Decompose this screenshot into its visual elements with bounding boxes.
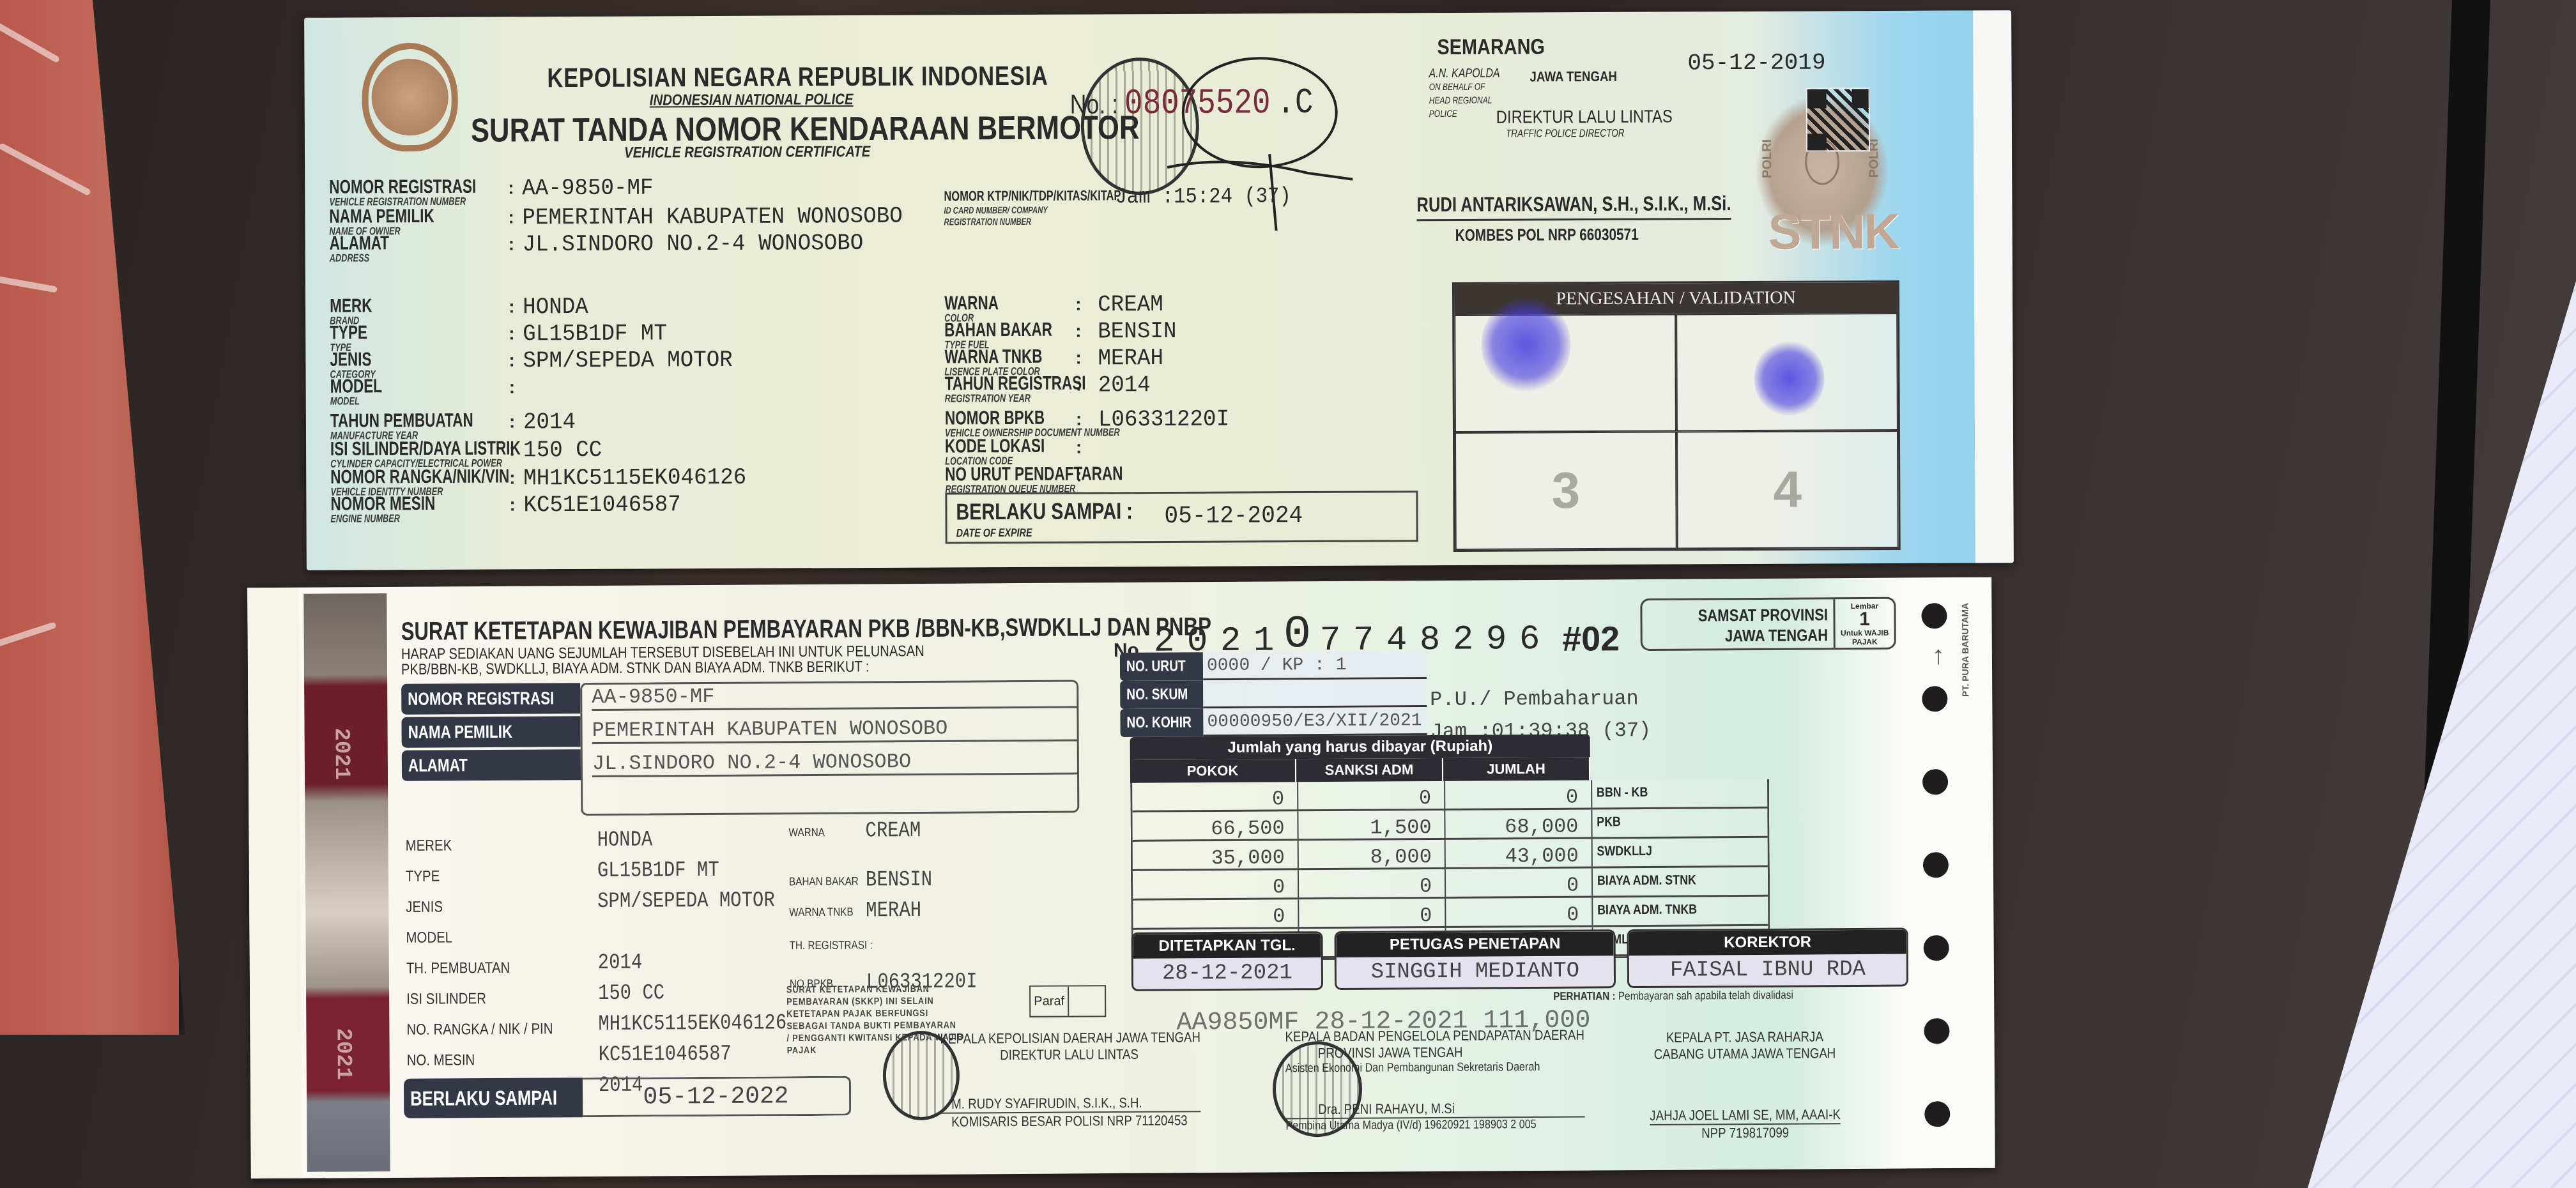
reference-numbers: NO. URUT0000 / KP : 1NO. SKUMNO. KOHIR00…: [1120, 651, 1427, 737]
vehicle-value: GL15B1DF MT: [597, 858, 719, 883]
agency-name-en: INDONESIAN NATIONAL POLICE: [650, 91, 854, 109]
badge-label: POLRI: [1760, 139, 1775, 178]
payment-table: Jumlah yang harus dibayar (Rupiah) POKOK…: [1130, 733, 1764, 961]
issue-date: 05-12-2019: [1687, 49, 1825, 76]
validation-cell-4: 4: [1676, 430, 1899, 549]
vehicle-value: 2014: [598, 951, 643, 975]
tear-off-margin: [247, 588, 302, 1178]
hologram-strip: 2021 2021: [303, 593, 390, 1172]
vehicle-label: WARNA TNKB: [789, 906, 853, 920]
owner-box: NOMOR REGISTRASIAA-9850-MFNAMA PEMILIKPE…: [401, 680, 1079, 816]
officials-row: DITETAPKAN TGL.28-12-2021 PETUGAS PENETA…: [1131, 927, 1909, 991]
payment-column-header: SANKSI ADM: [1296, 758, 1443, 782]
vehicle-label: TH. REGISTRASI :: [790, 938, 873, 952]
on-behalf: A.N. KAPOLDA ON BEHALF OF HEAD REGIONAL …: [1429, 67, 1500, 121]
vehicle-label: TYPE: [406, 868, 440, 886]
skpd-tax-receipt: 2021 2021 SURAT KETETAPAN KEWAJIBAN PEMB…: [247, 577, 1995, 1179]
stnk-field-value: GL15B1DF MT: [523, 320, 667, 347]
agency-name: KEPOLISIAN NEGARA REPUBLIK INDONESIA: [547, 61, 1048, 93]
stnk-field-value: 2014: [1098, 372, 1151, 398]
stnk-field-value: SPM/SEPEDA MOTOR: [523, 347, 733, 374]
vehicle-value: MERAH: [866, 899, 921, 924]
vehicle-value: HONDA: [597, 828, 653, 853]
skpd-expiry-value: 05-12-2022: [583, 1076, 851, 1118]
vehicle-label: WARNA: [788, 826, 825, 839]
payment-row: 0 0 0 BBN - KB: [1132, 779, 1767, 812]
stnk-field-label: ALAMATADDRESS: [330, 234, 410, 264]
official-name: RUDI ANTARIKSAWAN, S.H., S.I.K., M.Si.: [1416, 192, 1731, 221]
stnk-certificate: KEPOLISIAN NEGARA REPUBLIK INDONESIA IND…: [304, 10, 2014, 570]
skpd-expiry: BERLAKU SAMPAI 05-12-2022: [404, 1076, 851, 1118]
payment-row: 35,000 8,000 43,000 SWDKLLJ: [1133, 838, 1768, 871]
stnk-fields-right: WARNACOLOR : CREAMBAHAN BAKARTYPE FUEL :…: [304, 10, 2011, 18]
stnk-field-value: 150 CC: [523, 437, 602, 464]
validation-cell-3: 3: [1455, 431, 1677, 550]
vehicle-value: 150 CC: [598, 981, 664, 1006]
serial-prefix: No. :: [1070, 89, 1119, 119]
region-name: JAWA TENGAH: [1529, 68, 1617, 86]
validation-cell-2: [1676, 313, 1898, 432]
stnk-mark: STNK: [1768, 202, 1899, 261]
police-emblem-icon: [362, 43, 458, 152]
arrow-up-icon: ↑: [1932, 641, 1945, 670]
owner-row: NOMOR REGISTRASIAA-9850-MF: [401, 680, 1077, 714]
vehicle-label: BAHAN BAKAR: [789, 875, 859, 889]
stnk-field-value: HONDA: [523, 294, 588, 320]
qr-code-icon: [1806, 88, 1870, 151]
reference-row: NO. SKUM: [1120, 679, 1427, 709]
notice: PERHATIAN : Pembayaran sah apabila telah…: [1553, 989, 1793, 1003]
payment-row: 66,500 1,500 68,000 PKB: [1132, 809, 1767, 842]
stnk-field-value: KC51E1046587: [523, 491, 680, 518]
official-rank: KOMBES POL NRP 66030571: [1455, 225, 1639, 245]
stnk-field-value: MH1KC5115EK046126: [523, 464, 746, 492]
expiry-box: BERLAKU SAMPAI : DATE OF EXPIRE 05-12-20…: [945, 491, 1418, 544]
stnk-field-label: NO URUT PENDAFTARANREGISTRATION QUEUE NU…: [945, 465, 1182, 496]
vehicle-label: MODEL: [406, 929, 452, 947]
vehicle-value: MH1KC5115EK046126: [598, 1011, 786, 1037]
assessed-date: 28-12-2021: [1133, 957, 1321, 989]
payment-header: Jumlah yang harus dibayar (Rupiah): [1130, 735, 1590, 760]
instructions: HARAP SEDIAKAN UANG SEJUMLAH TERSEBUT DI…: [401, 644, 924, 678]
document-title-en: VEHICLE REGISTRATION CERTIFICATE: [624, 143, 870, 162]
expiry-label: BERLAKU SAMPAI :: [956, 498, 1132, 525]
stnk-field-value: 2014: [523, 409, 576, 435]
payment-column-header: JUMLAH: [1443, 758, 1590, 781]
stnk-field-value: AA-9850-MF: [522, 174, 653, 201]
vehicle-label: ISI SILINDER: [406, 990, 486, 1009]
owner-row: ALAMATJL.SINDORO NO.2-4 WONOSOBO: [402, 746, 1078, 781]
owner-row: NAMA PEMILIKPEMERINTAH KABUPATEN WONOSOB…: [401, 713, 1077, 747]
payment-column-header: POKOK: [1130, 759, 1296, 783]
expiry-sub: DATE OF EXPIRE: [956, 526, 1032, 540]
tractor-holes: [1921, 603, 1951, 1178]
vehicle-value: CREAM: [865, 819, 921, 844]
director-title: DIREKTUR LALU LINTAS: [1496, 106, 1673, 127]
vehicle-label: NO. RANGKA / NIK / PIN: [406, 1020, 553, 1039]
corrector-name: FAISAL IBNU RDA: [1629, 954, 1906, 986]
assessor-name: SINGGIH MEDIANTO: [1337, 956, 1614, 988]
issue-city: SEMARANG: [1437, 34, 1545, 60]
perforated-edge: [1973, 10, 2014, 563]
stnk-field-value: JL.SINDORO NO.2-4 WONOSOBO: [523, 230, 864, 257]
id-card-field: NOMOR KTP/NIK/TDP/KITAS/KITAP ID CARD NU…: [944, 187, 1180, 229]
validation-cell-1: [1454, 314, 1676, 432]
stnk-field-value: BENSIN: [1098, 318, 1176, 345]
vehicle-label: JENIS: [406, 898, 443, 916]
vehicle-fields-right: WARNA CREAMBAHAN BAKAR BENSINWARNA TNKB …: [247, 577, 1991, 588]
vehicle-value: KC51E1046587: [599, 1042, 732, 1067]
validation-table: PENGESAHAN / VALIDATION 3 4: [1452, 280, 1901, 552]
stnk-field-value: PEMERINTAH KABUPATEN WONOSOBO: [522, 203, 902, 231]
vehicle-fields-left: MEREK HONDATYPE GL15B1DF MTJENIS SPM/SEP…: [247, 577, 1991, 588]
director-title-en: TRAFFIC POLICE DIRECTOR: [1506, 127, 1625, 141]
vehicle-label: NO. MESIN: [407, 1051, 475, 1070]
stnk-field-label: MODELMODEL: [330, 377, 400, 407]
stnk-field-value: L06331220I: [1098, 406, 1229, 433]
reference-row: NO. URUT0000 / KP : 1: [1120, 651, 1427, 681]
stnk-field-label: NOMOR REGISTRASIVEHICLE REGISTRATION NUM…: [329, 178, 525, 208]
expiry-value: 05-12-2024: [1164, 502, 1303, 530]
vehicle-label: MEREK: [406, 837, 452, 855]
reference-row: NO. KOHIR00000950/E3/XII/2021: [1120, 707, 1427, 737]
jasa-raharja-signatory: KEPALA PT. JASA RAHARJA CABANG UTAMA JAW…: [1649, 1028, 1841, 1142]
vehicle-label: TH. PEMBUATAN: [406, 959, 510, 978]
samsat-box: SAMSAT PROVINSIJAWA TENGAH Lembar1Untuk …: [1640, 597, 1896, 651]
payment-row: 0 0 0 BIAYA ADM. TNKB: [1133, 897, 1768, 930]
bapenda-signatory: KEPALA BADAN PENGELOLA PENDAPATAN DAERAH…: [1285, 1027, 1584, 1134]
ink-stamp-icon: [1754, 340, 1825, 416]
skpd-title: SURAT KETETAPAN KEWAJIBAN PEMBAYARAN PKB…: [401, 613, 1211, 646]
police-signatory: KEPALA KEPOLISIAN DAERAH JAWA TENGAH DIR…: [940, 1029, 1200, 1130]
stnk-field-label: KODE LOKASILOCATION CODE: [945, 438, 1078, 468]
vehicle-value: BENSIN: [866, 868, 932, 893]
stnk-field-value: MERAH: [1098, 345, 1163, 371]
printer-name: PT. PURA BARUTAMA: [1959, 603, 1970, 697]
payment-row: 0 0 0 BIAYA ADM. STNK: [1133, 867, 1768, 901]
vehicle-value: SPM/SEPEDA MOTOR: [597, 888, 775, 914]
stnk-fields-left: NOMOR REGISTRASIVEHICLE REGISTRATION NUM…: [304, 10, 2011, 18]
stnk-field-label: NOMOR MESINENGINE NUMBER: [330, 495, 470, 525]
stnk-field-value: CREAM: [1098, 291, 1163, 317]
paraf-box: Paraf: [1029, 985, 1106, 1017]
red-folder: [0, 0, 179, 1035]
ink-stamp-icon: [1481, 296, 1571, 393]
